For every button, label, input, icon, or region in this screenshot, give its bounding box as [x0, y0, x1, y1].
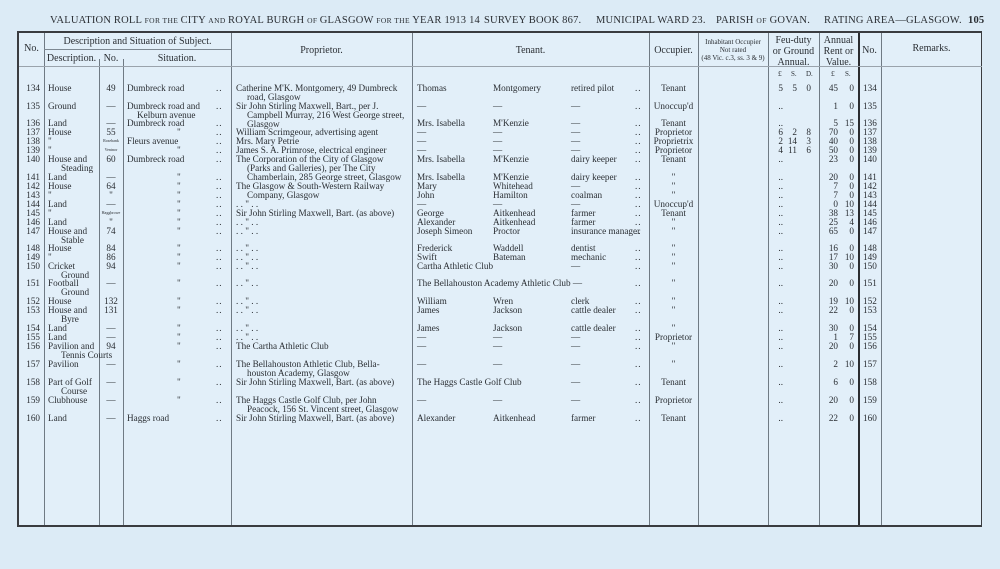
row-proprietor: . . " . .: [236, 261, 258, 271]
row-no: 151: [21, 278, 40, 288]
row-description: Ground: [48, 101, 76, 111]
row-feu-pounds: ..: [771, 395, 783, 405]
col-no: No.: [19, 43, 44, 54]
row-leader-dots: ..: [635, 395, 642, 405]
feu-unit-s: S.: [791, 69, 797, 79]
rule-no: [44, 33, 45, 525]
row-number: Rosebank: [99, 138, 123, 143]
row-leader-dots: ..: [635, 226, 642, 236]
row-rent-shillings: 0: [838, 278, 854, 288]
row-number: 60: [99, 154, 123, 164]
row-feu-pounds: ..: [771, 101, 783, 111]
rule-occupier: [698, 33, 699, 525]
row-proprietor: . . " . .: [236, 278, 258, 288]
row-tenant-occupation: retired pilot: [571, 83, 614, 93]
row-no-right: 147: [863, 226, 877, 236]
row-rent-shillings: 10: [838, 359, 854, 369]
row-tenant-occupation: farmer: [571, 413, 595, 423]
row-rent-pounds: 20: [821, 278, 838, 288]
row-tenant-first: Cartha Athletic Club: [417, 261, 493, 271]
row-number: —: [99, 413, 123, 423]
row-number: 49: [99, 83, 123, 93]
row-leader-dots: ..: [216, 278, 223, 288]
row-feu-pounds: ..: [771, 377, 783, 387]
row-leader-dots: ..: [216, 377, 223, 387]
row-situation: Dumbreck road: [127, 118, 184, 128]
row-feu-pence: 0: [797, 83, 811, 93]
row-leader-dots: ..: [216, 83, 223, 93]
col-remarks: Remarks.: [881, 43, 982, 54]
row-rent-pounds: 23: [821, 154, 838, 164]
row-tenant-first: —: [417, 359, 426, 369]
row-no-right: 153: [863, 305, 877, 315]
row-leader-dots: ..: [635, 83, 642, 93]
rule-inhabitant: [768, 33, 769, 525]
row-proprietor: Sir John Stirling Maxwell, Bart. (as abo…: [236, 377, 394, 387]
row-tenant-last: M'Kenzie: [493, 154, 529, 164]
row-rent-shillings: 0: [838, 226, 854, 236]
row-rent-pounds: 2: [821, 359, 838, 369]
col-rent-l3: Value.: [819, 57, 858, 68]
row-feu-pence: 6: [797, 145, 811, 155]
row-situation: Haggs road: [127, 413, 169, 423]
row-leader-dots: ..: [635, 305, 642, 315]
col-feu-l1: Feu-duty: [768, 35, 819, 46]
row-tenant-occupation: —: [571, 261, 580, 271]
row-no-right: 140: [863, 154, 877, 164]
row-leader-dots: ..: [216, 341, 223, 351]
row-feu-pounds: ..: [771, 305, 783, 315]
row-leader-dots: ..: [635, 341, 642, 351]
col-inhabitant-l2: Not rated: [698, 46, 768, 54]
row-leader-dots: ..: [216, 305, 223, 315]
row-situation: Dumbreck road: [127, 83, 184, 93]
row-no: 134: [21, 83, 40, 93]
col-proprietor: Proprietor.: [231, 45, 412, 56]
col-rent-l1: Annual: [819, 35, 858, 46]
row-situation: ": [177, 261, 181, 271]
row-tenant-occupation: —: [571, 395, 580, 405]
row-rent-pounds: 6: [821, 377, 838, 387]
row-leader-dots: ..: [635, 101, 642, 111]
page-number: 105: [968, 15, 984, 26]
row-tenant-occupation: insurance manager: [571, 226, 640, 236]
row-no: 140: [21, 154, 40, 164]
feu-unit-l: £: [778, 69, 782, 79]
row-number: 94: [99, 341, 123, 351]
row-tenant-last: Jackson: [493, 305, 522, 315]
row-tenant-first: Mrs. Isabella: [417, 154, 465, 164]
rule-feu: [819, 33, 820, 525]
row-occupier: Proprietor: [649, 395, 698, 405]
row-rent-shillings: 0: [838, 395, 854, 405]
row-tenant-occupation: —: [571, 101, 580, 111]
row-tenant-first: James: [417, 305, 439, 315]
row-rent-shillings: 0: [838, 101, 854, 111]
row-proprietor: . . " . .: [236, 226, 258, 236]
row-tenant-occupation: —: [571, 341, 580, 351]
row-leader-dots: ..: [216, 413, 223, 423]
survey-book: SURVEY BOOK 867.: [484, 15, 581, 26]
row-no-right: 134: [863, 83, 877, 93]
row-no: 150: [21, 261, 40, 271]
col-tenant: Tenant.: [412, 45, 649, 56]
row-tenant-occupation: —: [571, 359, 580, 369]
col-inhabitant-l3: (48 Vic. c.3, ss. 3 & 9): [698, 54, 768, 62]
row-rent-shillings: 0: [838, 377, 854, 387]
row-occupier: Tenant: [649, 413, 698, 423]
rule-num: [123, 59, 124, 525]
row-situation: ": [177, 359, 181, 369]
col-feu-l2: or Ground: [768, 46, 819, 57]
rent-unit-l: £: [831, 69, 835, 79]
row-rent-pounds: 20: [821, 395, 838, 405]
row-number: —: [99, 101, 123, 111]
row-no: 147: [21, 226, 40, 236]
row-rent-shillings: 0: [838, 261, 854, 271]
row-no-right: 158: [863, 377, 877, 387]
row-tenant-occupation: cattle dealer: [571, 305, 616, 315]
col-situation: Situation.: [123, 53, 231, 64]
row-situation: ": [177, 226, 181, 236]
row-leader-dots: ..: [635, 261, 642, 271]
row-number: —: [99, 278, 123, 288]
rule-no-right: [881, 33, 882, 525]
row-leader-dots: ..: [635, 413, 642, 423]
row-no: 157: [21, 359, 40, 369]
row-leader-dots: ..: [216, 154, 223, 164]
row-rent-pounds: 65: [821, 226, 838, 236]
parish-name: GOVAN.: [770, 15, 810, 26]
col-no-right: No.: [858, 45, 881, 56]
row-number: —: [99, 359, 123, 369]
row-number: Ventnor: [99, 147, 123, 152]
row-no-right: 150: [863, 261, 877, 271]
row-feu-pounds: ..: [771, 261, 783, 271]
row-tenant-last: —: [493, 101, 502, 111]
rule-proprietor: [412, 33, 413, 525]
col-desc-group: Description and Situation of Subject.: [44, 36, 231, 47]
row-tenant-last: —: [493, 359, 502, 369]
row-leader-dots: ..: [216, 101, 223, 111]
row-feu-pounds: ..: [771, 341, 783, 351]
row-rent-pounds: 1: [821, 101, 838, 111]
row-occupier: ": [649, 226, 698, 236]
row-situation: ": [177, 377, 181, 387]
row-tenant-last: —: [493, 395, 502, 405]
row-tenant-last: —: [493, 341, 502, 351]
row-occupier: ": [649, 305, 698, 315]
row-tenant-first: —: [417, 341, 426, 351]
row-tenant-first: Thomas: [417, 83, 447, 93]
col-rent: Annual Rent or Value.: [819, 35, 858, 68]
row-leader-dots: ..: [216, 261, 223, 271]
row-feu-shillings: 5: [783, 83, 797, 93]
row-no-right: 135: [863, 101, 877, 111]
row-situation: ": [177, 278, 181, 288]
row-tenant-last: Proctor: [493, 226, 520, 236]
row-no: 160: [21, 413, 40, 423]
row-number: 55: [99, 127, 123, 137]
row-tenant-last: Aitkenhead: [493, 413, 535, 423]
row-rent-pounds: 22: [821, 413, 838, 423]
row-no-right: 159: [863, 395, 877, 405]
row-leader-dots: ..: [635, 377, 642, 387]
rent-unit-s: S.: [845, 69, 851, 79]
row-proprietor: The Cartha Athletic Club: [236, 341, 329, 351]
row-feu-pounds: ..: [771, 226, 783, 236]
rule-situation: [231, 33, 232, 525]
row-leader-dots: ..: [216, 226, 223, 236]
row-tenant-first: The Bellahouston Academy Athletic Club —: [417, 278, 582, 288]
row-description: House: [48, 83, 71, 93]
row-proprietor: Sir John Stirling Maxwell, Bart. (as abo…: [236, 413, 394, 423]
row-no-right: 160: [863, 413, 877, 423]
row-tenant-first: —: [417, 101, 426, 111]
row-description: Pavilion: [48, 359, 79, 369]
parish-label: PARISH: [716, 15, 754, 26]
page-header: VALUATION ROLL FOR THE CITY AND ROYAL BU…: [0, 15, 1000, 29]
row-no: 135: [21, 101, 40, 111]
row-leader-dots: ..: [635, 278, 642, 288]
row-situation: Dumbreck road: [127, 154, 184, 164]
row-no: 156: [21, 341, 40, 351]
row-occupier: ": [649, 359, 698, 369]
roll-title: VALUATION ROLL FOR THE CITY AND ROYAL BU…: [50, 15, 480, 26]
row-no: 153: [21, 305, 40, 315]
row-tenant-first: Alexander: [417, 413, 455, 423]
row-rent-shillings: 0: [838, 154, 854, 164]
row-occupier: Tenant: [649, 377, 698, 387]
row-rent-shillings: 0: [838, 305, 854, 315]
row-feu-pounds: ..: [771, 413, 783, 423]
row-tenant-first: Joseph Simeon: [417, 226, 472, 236]
row-rent-pounds: 22: [821, 305, 838, 315]
row-situation: ": [177, 395, 181, 405]
row-occupier: Tenant: [649, 83, 698, 93]
row-situation: Fleurs avenue: [127, 136, 178, 146]
valuation-table: No. Description and Situation of Subject…: [17, 31, 982, 527]
rating-area: RATING AREA—GLASGOW.: [824, 15, 962, 26]
col-feu-l3: Annual.: [768, 57, 819, 68]
row-rent-shillings: 0: [838, 413, 854, 423]
row-number: Haggbrowe: [99, 210, 123, 215]
row-feu-pounds: 5: [771, 83, 783, 93]
row-number: 74: [99, 226, 123, 236]
row-number: 131: [99, 305, 123, 315]
col-description: Description.: [44, 53, 99, 64]
row-feu-pounds: ..: [771, 359, 783, 369]
col-feu: Feu-duty or Ground Annual.: [768, 35, 819, 68]
col-inhabitant: Inhabitant Occupier Not rated (48 Vic. c…: [698, 38, 768, 62]
row-no-right: 157: [863, 359, 877, 369]
col-occupier: Occupier.: [649, 45, 698, 56]
row-no: 158: [21, 377, 40, 387]
row-leader-dots: ..: [216, 395, 223, 405]
row-tenant-first: The Haggs Castle Golf Club: [417, 377, 522, 387]
row-tenant-last: Bateman: [493, 252, 526, 262]
row-proprietor: Sir John Stirling Maxwell, Bart. (as abo…: [236, 208, 394, 218]
row-leader-dots: ..: [635, 359, 642, 369]
row-leader-dots: ..: [635, 154, 642, 164]
rule-rent: [858, 33, 860, 525]
row-tenant-last: Montgomery: [493, 83, 541, 93]
row-feu-pounds: ..: [771, 278, 783, 288]
row-occupier: ": [649, 261, 698, 271]
row-rent-pounds: 30: [821, 261, 838, 271]
row-situation: ": [177, 341, 181, 351]
row-rent-pounds: 20: [821, 341, 838, 351]
col-rent-l2: Rent or: [819, 46, 858, 57]
row-number: 94: [99, 261, 123, 271]
row-occupier: ": [649, 341, 698, 351]
row-occupier: Tenant: [649, 154, 698, 164]
row-no-right: 151: [863, 278, 877, 288]
row-tenant-first: —: [417, 395, 426, 405]
col-number: No.: [99, 53, 123, 64]
row-number: —: [99, 199, 123, 209]
row-description: Land: [48, 413, 67, 423]
row-tenant-occupation: dairy keeper: [571, 154, 617, 164]
row-description: Clubhouse: [48, 395, 87, 405]
row-feu-shillings: 11: [783, 145, 797, 155]
row-rent-shillings: 0: [838, 341, 854, 351]
feu-unit-d: D.: [806, 69, 813, 79]
parish-of: OF: [756, 16, 766, 25]
row-no-right: 156: [863, 341, 877, 351]
row-feu-pounds: ..: [771, 154, 783, 164]
row-occupier: ": [649, 278, 698, 288]
row-situation: ": [177, 305, 181, 315]
municipal-ward: MUNICIPAL WARD 23.: [596, 15, 706, 26]
row-leader-dots: ..: [216, 359, 223, 369]
row-proprietor: . . " . .: [236, 305, 258, 315]
row-number: —: [99, 395, 123, 405]
row-rent-shillings: 0: [838, 83, 854, 93]
rule-desc-group: [44, 49, 231, 50]
row-tenant-occupation: —: [571, 377, 580, 387]
row-no: 159: [21, 395, 40, 405]
row-rent-pounds: 45: [821, 83, 838, 93]
row-number: —: [99, 377, 123, 387]
col-inhabitant-l1: Inhabitant Occupier: [698, 38, 768, 46]
row-occupier: Unoccup'd: [649, 101, 698, 111]
parish: PARISH OF GOVAN.: [716, 15, 810, 26]
